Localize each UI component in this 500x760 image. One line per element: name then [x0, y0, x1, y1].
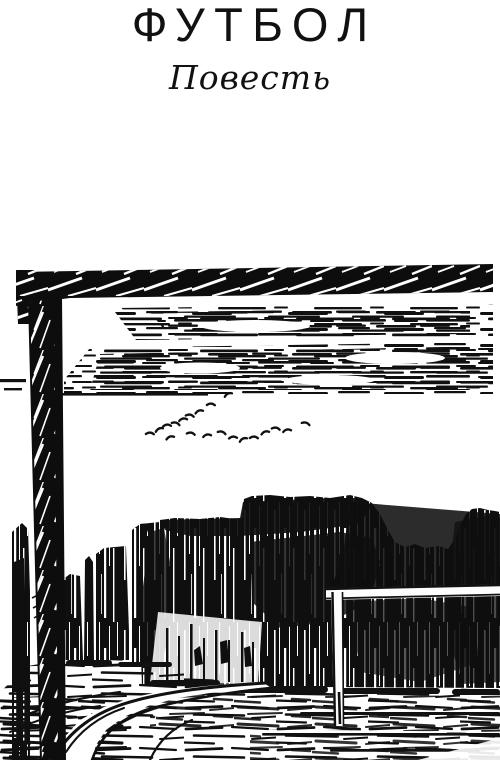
bird-flock [146, 392, 310, 442]
bird-icon [229, 437, 237, 439]
bird-icon [186, 414, 194, 418]
cloud-streaks [0, 304, 493, 396]
bird-icon [218, 430, 226, 435]
bird-icon [239, 437, 247, 442]
bird-icon [283, 429, 291, 432]
bird-icon [261, 431, 269, 435]
bird-icon [195, 410, 203, 414]
title-block: ФУТБОЛ Повесть [0, 0, 500, 94]
page-subtitle: Повесть [0, 61, 500, 94]
page-title: ФУТБОЛ [0, 0, 500, 48]
book-page: { "page": { "title": "ФУТБОЛ", "subtitle… [0, 0, 500, 760]
bird-icon [166, 436, 174, 440]
bird-icon [179, 418, 187, 421]
bird-icon [155, 427, 163, 432]
bird-icon [302, 421, 310, 426]
bird-icon [203, 434, 211, 437]
bird-icon [250, 436, 258, 439]
illustration-plate [0, 262, 500, 760]
bird-icon [272, 427, 280, 431]
bird-icon [146, 432, 154, 435]
bird-icon [163, 425, 171, 427]
illustration [0, 262, 500, 760]
bird-icon [187, 432, 195, 436]
bird-icon [207, 403, 215, 406]
